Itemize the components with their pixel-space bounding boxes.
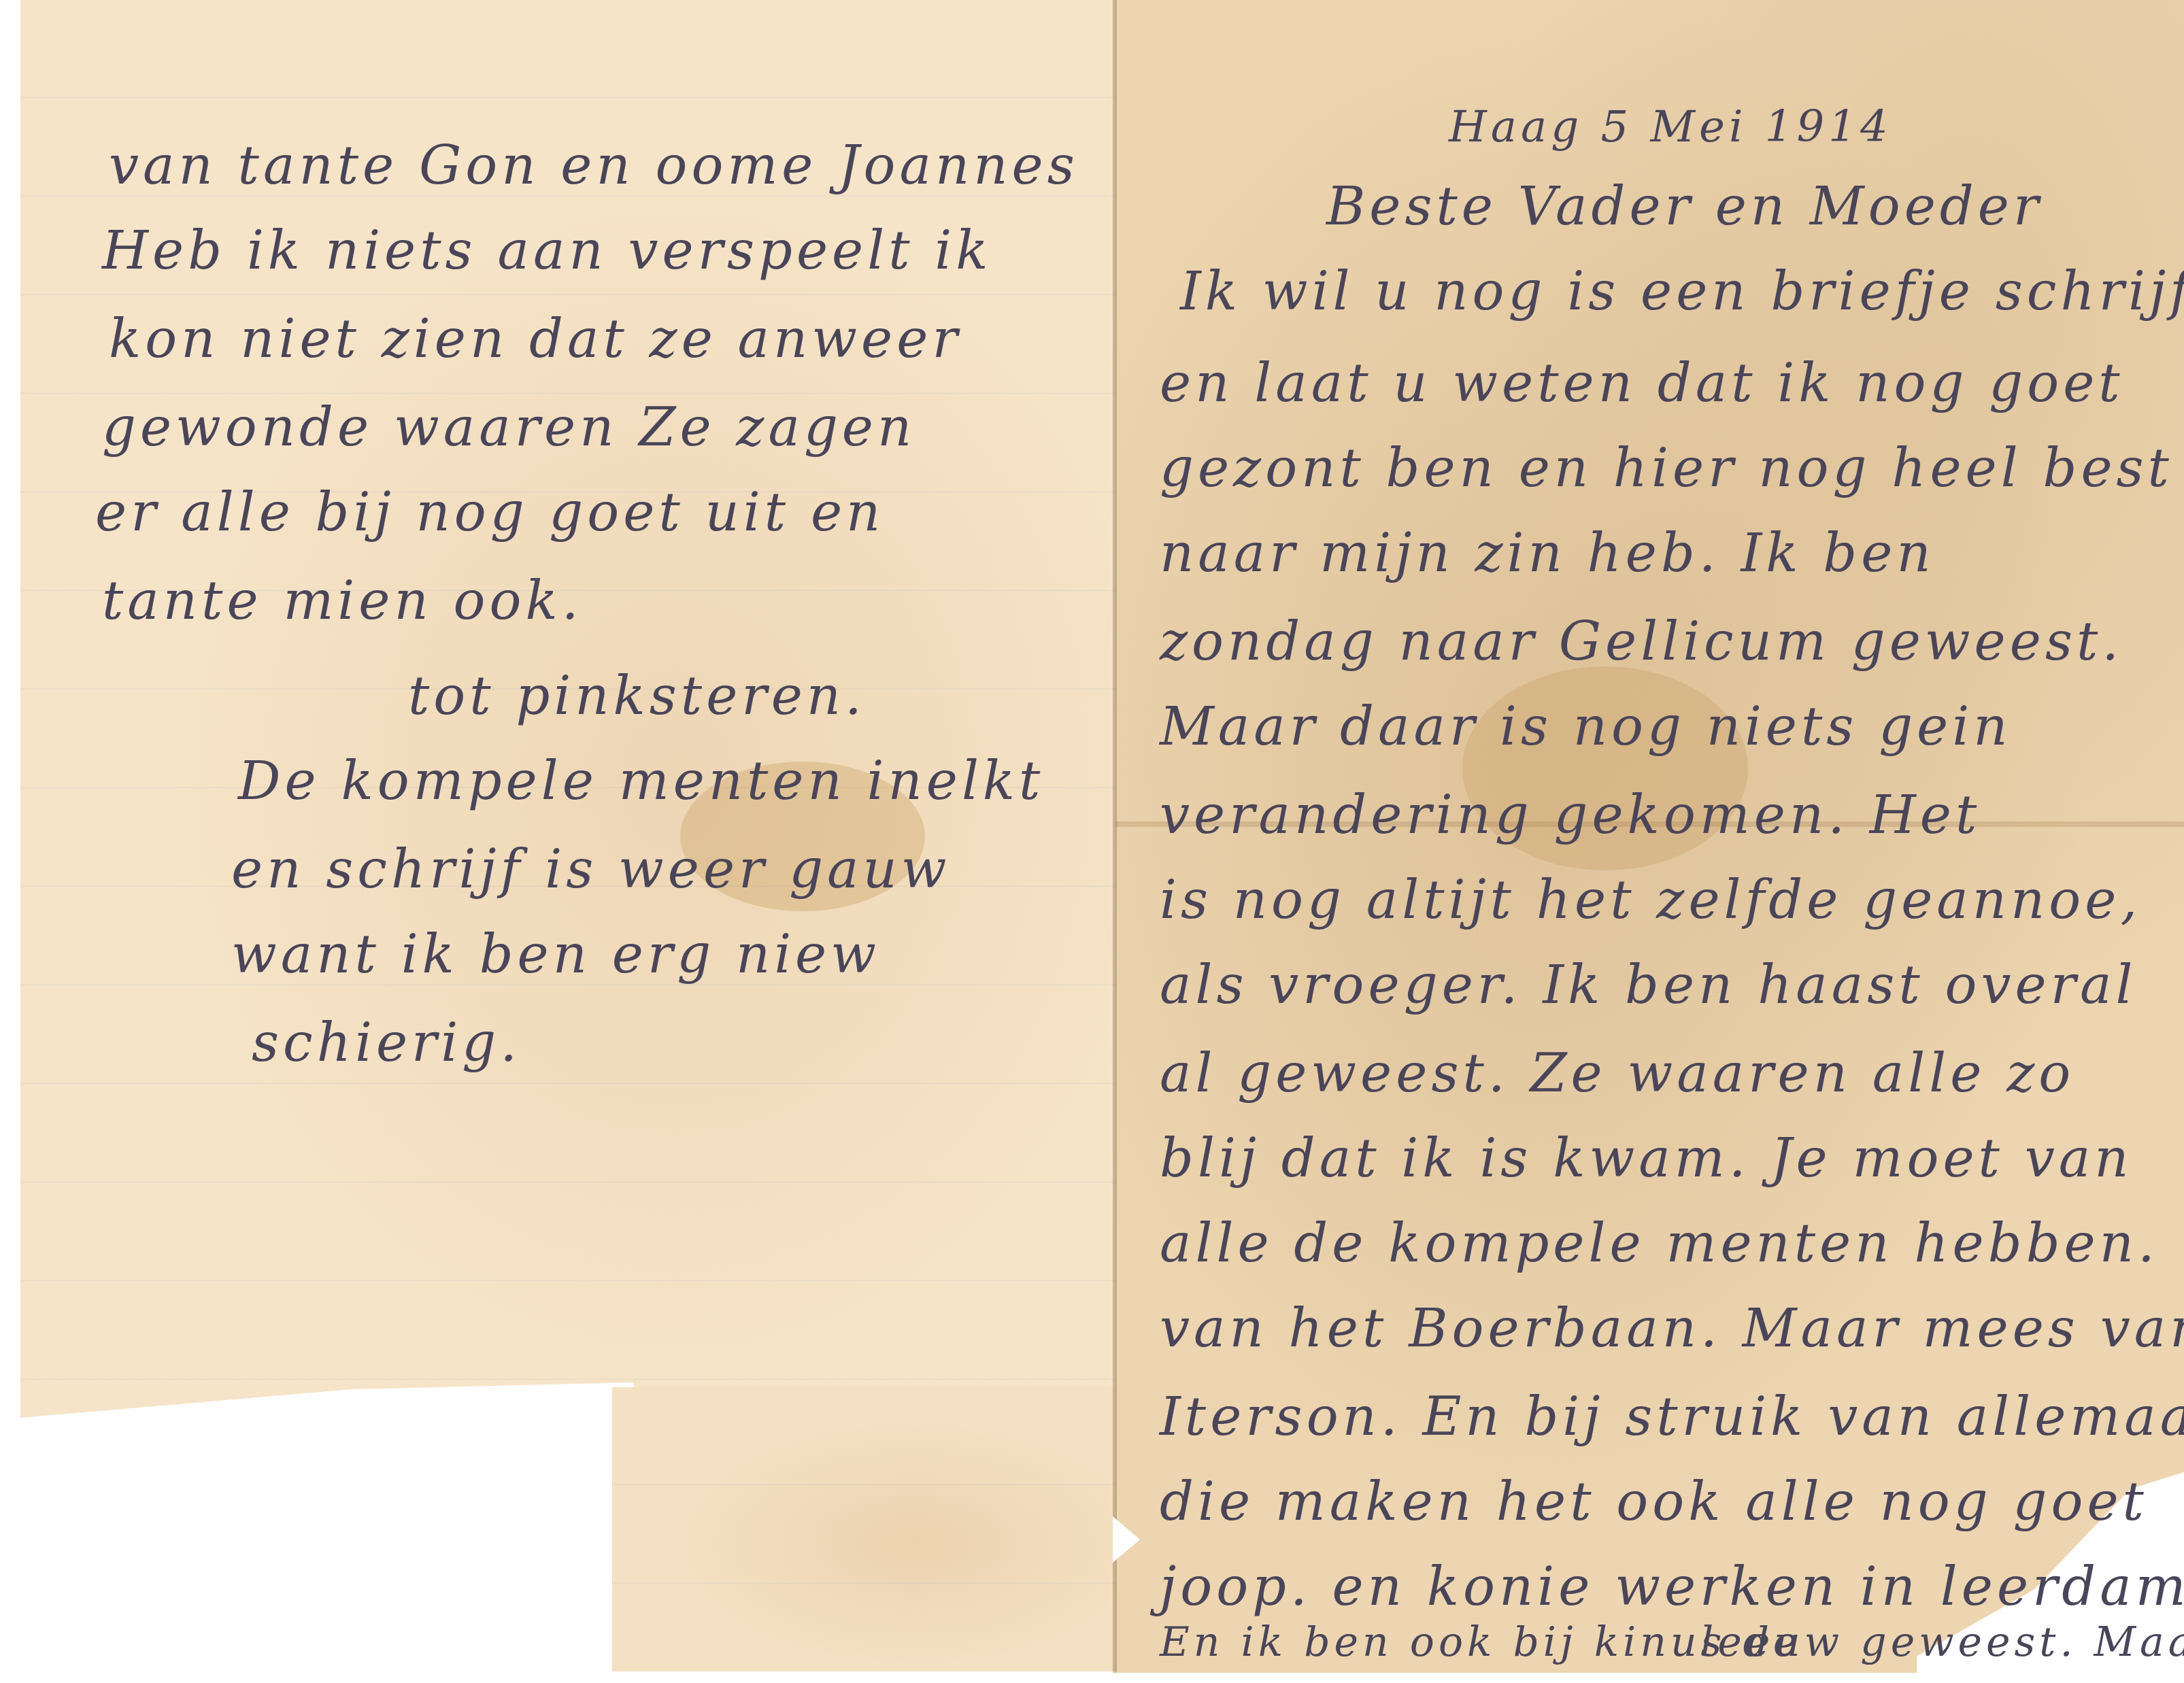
center-fold — [1113, 0, 1117, 1673]
left-line-9: en schrijf is weer gauw — [231, 843, 951, 896]
left-line-5: er alle bij nog goet uit en — [95, 486, 884, 539]
right-line-9: als vroeger. Ik ben haast overal — [1160, 959, 2136, 1012]
left-closing-line: tot pinksteren. — [408, 670, 866, 723]
left-line-11: schierig. — [252, 1017, 521, 1070]
right-line-13: van het Boerbaan. Maar mees van — [1160, 1302, 2184, 1355]
right-line-8: is nog altijt het zelfde geannoe, — [1160, 874, 2141, 927]
right-line-6: Maar daar is nog niets gein — [1160, 700, 2011, 753]
right-line-1: Ik wil u nog is een briefje schrijfen. — [1180, 265, 2184, 318]
right-line-12: alle de kompele menten hebben. — [1160, 1217, 2159, 1270]
right-line-10: al geweest. Ze waaren alle zo — [1160, 1047, 2074, 1100]
right-line-15: die maken het ook alle nog goet — [1160, 1476, 2148, 1529]
left-line-6: tante mien ook. — [102, 575, 582, 628]
left-line-2: Heb ik niets aan verspeelt ik — [102, 224, 992, 277]
right-line-16: joop. en konie werken in leerdam — [1160, 1561, 2184, 1614]
left-page-lower-flap — [612, 1387, 1115, 1671]
right-line-2: en laat u weten dat ik nog goet — [1160, 357, 2124, 410]
right-line-11: blij dat ik is kwam. Je moet van — [1160, 1132, 2132, 1185]
letter-date: Haag 5 Mei 1914 — [1449, 105, 1892, 149]
letter-salutation: Beste Vader en Moeder — [1326, 180, 2043, 233]
right-line-7: verandering gekomen. Het — [1160, 789, 1981, 842]
left-line-1: van tante Gon en oome Joannes — [109, 139, 1079, 192]
right-line-5: zondag naar Gellicum geweest. — [1160, 615, 2123, 668]
left-line-4: gewonde waaren Ze zagen — [102, 401, 915, 454]
left-line-10: want ik ben erg niew — [231, 928, 880, 981]
right-line-18: leeuw geweest. Maar die stelt — [1700, 1622, 2184, 1663]
torn-notch — [1113, 1516, 1140, 1563]
right-line-3: gezont ben en hier nog heel best — [1160, 442, 2173, 495]
left-line-3: kon niet zien dat ze anweer — [109, 313, 962, 366]
right-line-4: naar mijn zin heb. Ik ben — [1160, 527, 1935, 580]
right-line-14: Iterson. En bij struik van allemaal — [1160, 1391, 2184, 1444]
left-line-8: De kompele menten inelkt — [238, 755, 1044, 808]
